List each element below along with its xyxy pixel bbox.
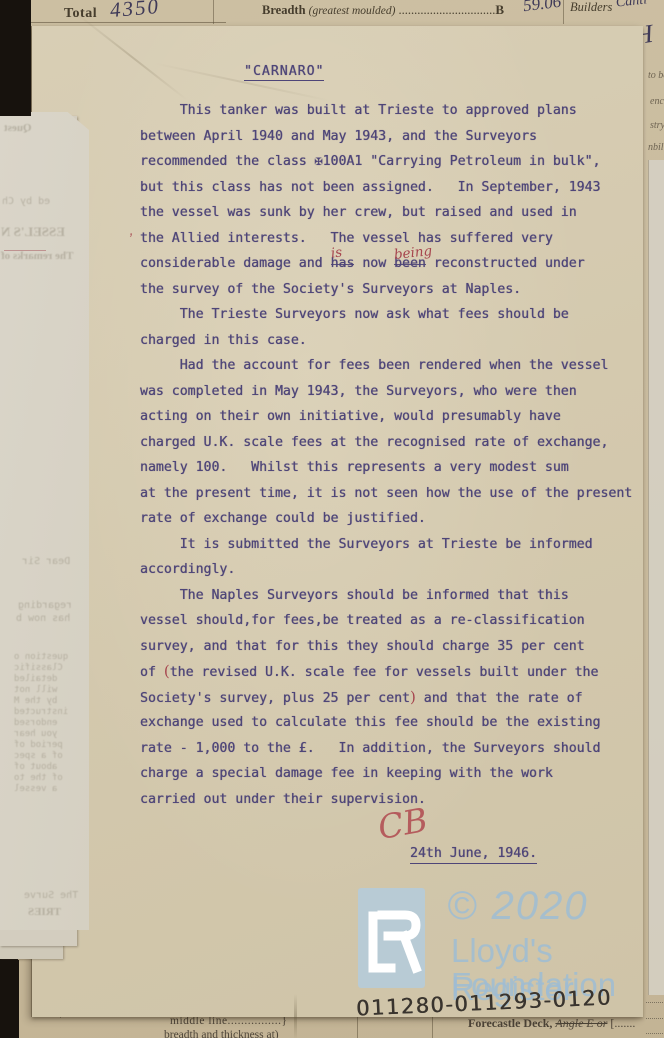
bleedthrough-text: instructed	[14, 707, 68, 717]
form-total-label: Total	[64, 6, 97, 22]
form-edge-text: stry	[650, 120, 664, 131]
right-edge-sheet	[648, 160, 664, 995]
bleedthrough-text: of a spec	[14, 751, 63, 761]
typed-line: at the present time, it is not seen how …	[140, 481, 632, 507]
red-margin-mark: ‚	[128, 222, 135, 240]
typed-line: between April 1940 and May 1943, and the…	[140, 124, 632, 150]
bleedthrough-text: a vessel	[14, 784, 57, 794]
typed-line: rate of exchange could be justified.	[140, 506, 632, 532]
typed-line: The Trieste Surveyors now ask what fees …	[140, 302, 632, 328]
bleedthrough-text: Dear Sir	[22, 556, 70, 567]
form-total-value-handwritten: 4350	[109, 0, 161, 23]
bleedthrough-text: regarding	[18, 600, 72, 611]
background-corner	[0, 0, 31, 116]
form-rule	[30, 22, 226, 23]
typed-line: Had the account for fees been rendered w…	[140, 353, 632, 379]
bleedthrough-text: detailed	[14, 674, 57, 684]
paper-crease	[294, 994, 297, 1038]
scanned-archive-photo: { "colors":{ "typewriter_ink":"#4e4578",…	[0, 0, 664, 1038]
typed-line: recommended the class ✠100A1 "Carrying P…	[140, 149, 632, 175]
bleedthrough-text: of the to	[14, 773, 63, 783]
form-edge-text: nbili	[648, 142, 664, 153]
red-underline-bleedthrough	[4, 250, 46, 251]
form-edge-text: ence	[650, 96, 664, 107]
forecastle-bold: Forecastle Deck,	[468, 1016, 552, 1030]
typed-line: This tanker was built at Trieste to appr…	[140, 98, 632, 124]
bleedthrough-text: endorsed	[14, 718, 57, 728]
form-builders-value-handwritten: Canti	[615, 0, 648, 12]
form-breadth-value-handwritten: 59.06	[522, 0, 562, 16]
handwritten-correction: is	[329, 240, 343, 267]
form-rule	[213, 0, 214, 24]
form-forecastle-label: Forecastle Deck, Angle E or [.......	[468, 1016, 635, 1031]
form-dotted-rule	[646, 1002, 663, 1003]
typed-line: The Naples Surveyors should be informed …	[140, 583, 632, 609]
typed-line: rate - 1,000 to the £. In addition, the …	[140, 736, 632, 762]
typed-line: accordingly.	[140, 557, 632, 583]
memo-body: This tanker was built at Trieste to appr…	[140, 98, 632, 812]
form-breadth-row: Breadth (greatest moulded) .............…	[262, 2, 504, 18]
bleedthrough-text: has now b	[16, 613, 70, 624]
bleedthrough-text: will not	[14, 685, 57, 695]
form-breadth-qualifier: (greatest moulded)	[309, 5, 396, 17]
form-rule	[432, 1014, 433, 1038]
bleedthrough-text: period of	[14, 740, 63, 750]
typed-line: charged in this case.	[140, 328, 632, 354]
typed-line: the vessel was sunk by her crew, but rai…	[140, 200, 632, 226]
form-dotted-rule	[646, 1033, 663, 1034]
form-breadth-b: B	[495, 2, 504, 17]
form-dotted-rule	[646, 1018, 663, 1019]
forecastle-dots: .......	[614, 1016, 635, 1030]
typed-line: the Allied interests. The vessel has suf…	[140, 226, 632, 252]
typed-line: namely 100. Whilst this represents a ver…	[140, 455, 632, 481]
bleedthrough-text: Quest	[4, 122, 32, 134]
form-breadth-thickness-label: breadth and thickness at)	[164, 1029, 279, 1038]
paper-crease	[76, 13, 188, 101]
bleedthrough-text: Classific	[14, 663, 63, 673]
bleedthrough-text: about of	[14, 762, 57, 772]
typed-line: survey, and that for this they should ch…	[140, 634, 632, 660]
typed-line: exchange used to calculate this fee shou…	[140, 710, 632, 736]
typed-line: It is submitted the Surveyors at Trieste…	[140, 532, 632, 558]
form-rule	[563, 0, 564, 24]
bleedthrough-text: question o	[14, 652, 68, 662]
stacked-sheet-top: Quested by ChESSEL'S NThe remarks ofDear…	[0, 112, 89, 930]
typed-line: vessel should,for fees,be treated as a r…	[140, 608, 632, 634]
bleedthrough-text: ESSEL'S N	[1, 224, 65, 240]
bleedthrough-text: by the M	[14, 696, 57, 706]
bleedthrough-text: you hear	[14, 729, 57, 739]
bleedthrough-text: ed by Ch	[2, 196, 50, 207]
bleedthrough-text: TRIES	[28, 906, 61, 918]
form-builders-label: Builders	[570, 0, 612, 15]
typed-line: acting on their own initiative, would pr…	[140, 404, 632, 430]
typed-line: was completed in May 1943, the Surveyors…	[140, 379, 632, 405]
bleedthrough-text: The remarks of	[1, 250, 74, 262]
typed-line: of (the revised U.K. scale fee for vesse…	[140, 659, 632, 685]
forecastle-struck-text: Angle E or	[555, 1016, 607, 1030]
typed-line: considerable damage and hasis now beenbe…	[140, 251, 632, 277]
typed-line: charged U.K. scale fees at the recognise…	[140, 430, 632, 456]
memo-date: 24th June, 1946.	[410, 846, 537, 864]
typed-line: charge a special damage fee in keeping w…	[140, 761, 632, 787]
typed-line: the survey of the Society's Surveyors at…	[140, 277, 632, 303]
handwritten-correction: being	[393, 239, 434, 268]
background-corner	[0, 960, 19, 1038]
memo-page: "CARNARO" This tanker was built at Tries…	[32, 26, 643, 1017]
typed-line: but this class has not been assigned. In…	[140, 175, 632, 201]
handwritten-initials-cb: CB	[375, 800, 431, 847]
bleedthrough-text: The Surve	[24, 890, 78, 901]
form-breadth-label: Breadth	[262, 3, 306, 17]
form-edge-text: to be en	[648, 70, 664, 81]
memo-title: "CARNARO"	[244, 64, 324, 81]
typed-line: Society's survey, plus 25 per cent) and …	[140, 685, 632, 711]
form-breadth-dots: ...............................	[399, 3, 496, 17]
